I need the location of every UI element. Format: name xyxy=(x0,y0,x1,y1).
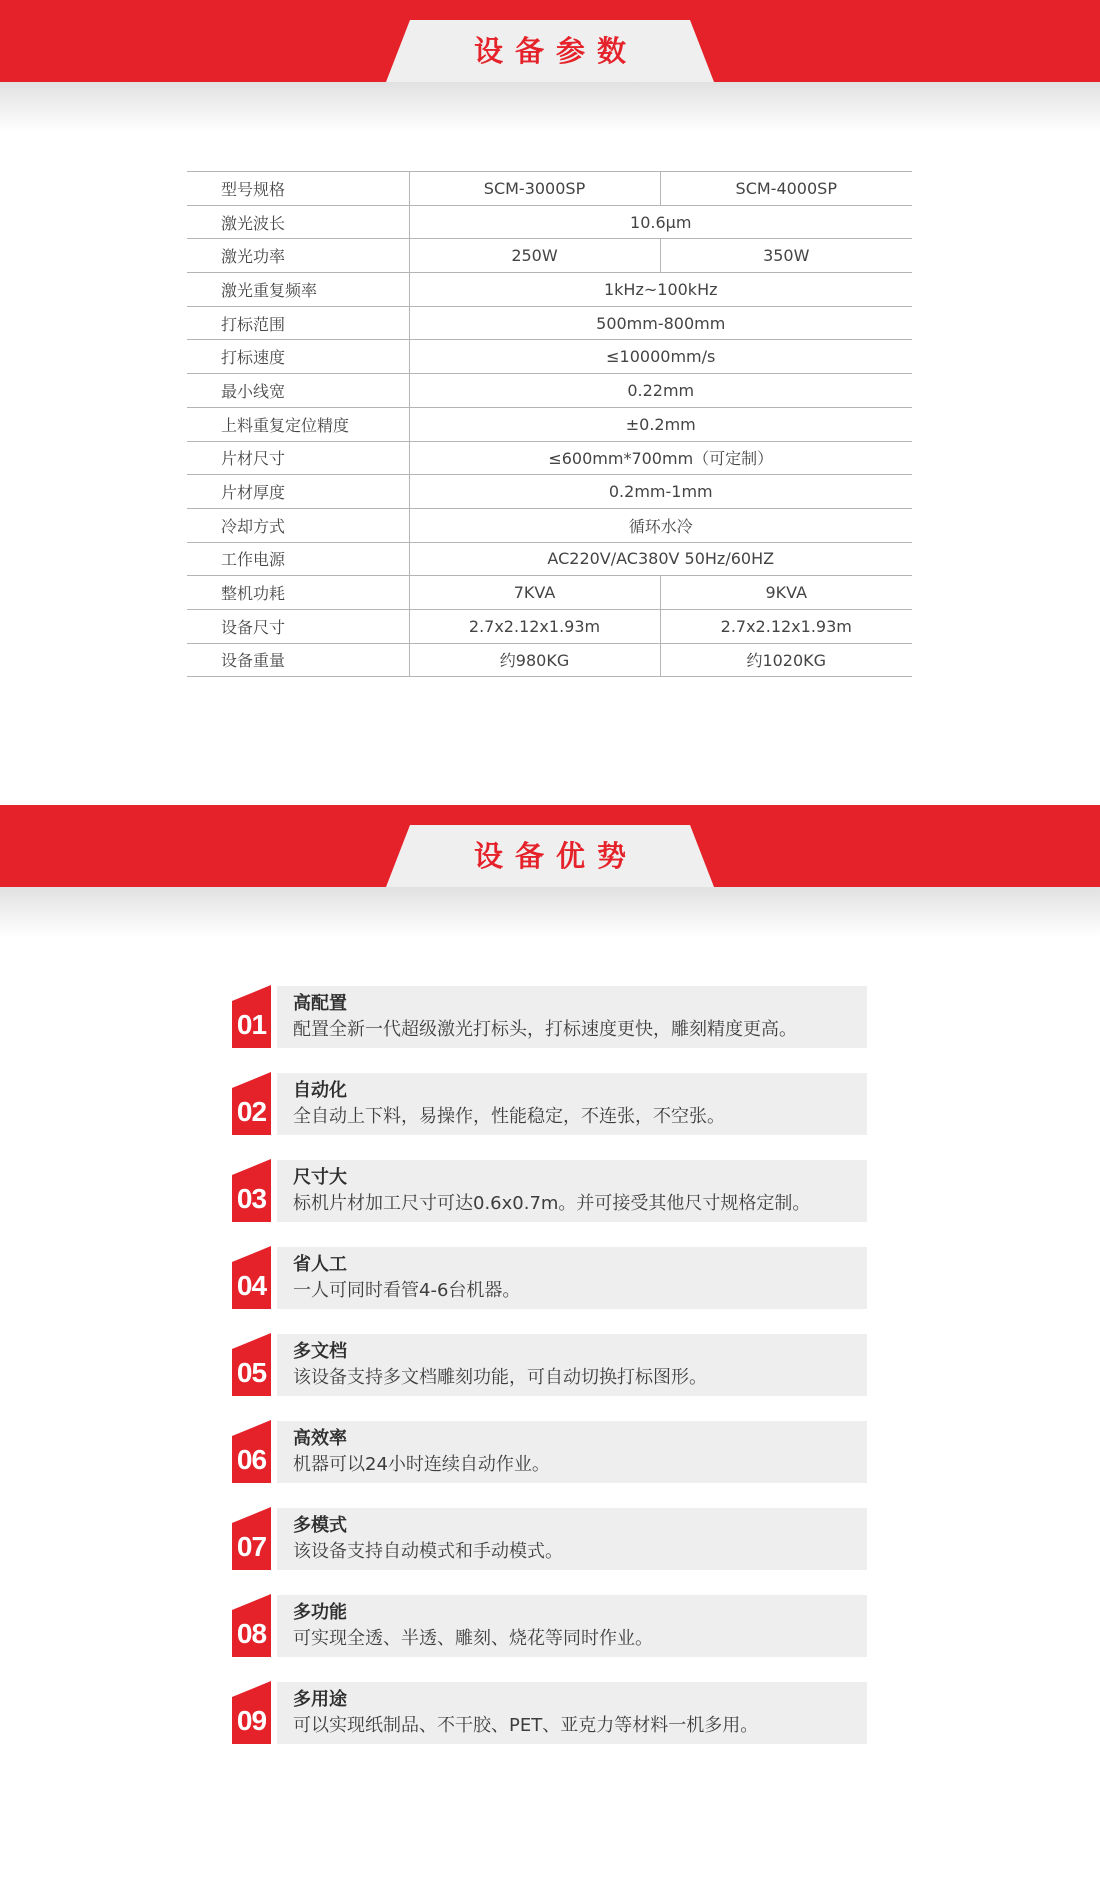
advantage-number: 05 xyxy=(232,1349,271,1396)
advantage-card: 高效率机器可以24小时连续自动作业。 xyxy=(277,1421,867,1483)
spec-label: 打标速度 xyxy=(187,340,409,374)
advantage-item: 03尺寸大标机片材加工尺寸可达0.6x0.7m。并可接受其他尺寸规格定制。 xyxy=(232,1159,872,1223)
section-banner-params: 设备参数 xyxy=(0,0,1100,127)
spec-value-shared: ≤600mm*700mm（可定制） xyxy=(409,441,912,475)
banner-shadow xyxy=(0,887,1100,937)
advantage-title: 高效率 xyxy=(293,1428,347,1450)
advantage-description: 标机片材加工尺寸可达0.6x0.7m。并可接受其他尺寸规格定制。 xyxy=(293,1192,810,1216)
spec-value-shared: 1kHz~100kHz xyxy=(409,273,912,307)
advantage-description: 该设备支持多文档雕刻功能，可自动切换打标图形。 xyxy=(293,1366,707,1390)
advantage-item: 09多用途可以实现纸制品、不干胶、PET、亚克力等材料一机多用。 xyxy=(232,1681,872,1745)
advantage-card: 多文档该设备支持多文档雕刻功能，可自动切换打标图形。 xyxy=(277,1334,867,1396)
table-row: 上料重复定位精度±0.2mm xyxy=(187,407,912,441)
spec-value-scm3000sp: SCM-3000SP xyxy=(409,172,660,206)
advantage-description: 全自动上下料，易操作，性能稳定，不连张，不空张。 xyxy=(293,1105,725,1129)
advantage-item: 08多功能可实现全透、半透、雕刻、烧花等同时作业。 xyxy=(232,1594,872,1658)
advantage-description: 机器可以24小时连续自动作业。 xyxy=(293,1453,550,1477)
spec-label: 激光功率 xyxy=(187,239,409,273)
spec-value-shared: 0.22mm xyxy=(409,374,912,408)
advantage-number: 07 xyxy=(232,1523,271,1570)
spec-label: 设备重量 xyxy=(187,643,409,677)
advantage-card: 自动化全自动上下料，易操作，性能稳定，不连张，不空张。 xyxy=(277,1073,867,1135)
table-row: 激光重复频率1kHz~100kHz xyxy=(187,273,912,307)
spec-value-scm3000sp: 250W xyxy=(409,239,660,273)
spec-value-scm3000sp: 约980KG xyxy=(409,643,660,677)
advantage-description: 该设备支持自动模式和手动模式。 xyxy=(293,1540,563,1564)
advantage-item: 06高效率机器可以24小时连续自动作业。 xyxy=(232,1420,872,1484)
spec-value-shared: 500mm-800mm xyxy=(409,306,912,340)
advantage-title: 自动化 xyxy=(293,1080,347,1102)
table-row: 激光波长10.6μm xyxy=(187,205,912,239)
table-row: 设备尺寸2.7x2.12x1.93m2.7x2.12x1.93m xyxy=(187,609,912,643)
spec-value-scm4000sp: 约1020KG xyxy=(660,643,912,677)
spec-value-scm4000sp: SCM-4000SP xyxy=(660,172,912,206)
spec-value-scm3000sp: 2.7x2.12x1.93m xyxy=(409,609,660,643)
spec-value-shared: ±0.2mm xyxy=(409,407,912,441)
advantage-card: 高配置配置全新一代超级激光打标头，打标速度更快，雕刻精度更高。 xyxy=(277,986,867,1048)
spec-value-shared: AC220V/AC380V 50Hz/60HZ xyxy=(409,542,912,576)
advantage-item: 05多文档该设备支持多文档雕刻功能，可自动切换打标图形。 xyxy=(232,1333,872,1397)
spec-value-shared: 循环水冷 xyxy=(409,508,912,542)
advantage-card: 多模式该设备支持自动模式和手动模式。 xyxy=(277,1508,867,1570)
section-title-advantages: 设备优势 xyxy=(386,825,714,887)
advantage-item: 02自动化全自动上下料，易操作，性能稳定，不连张，不空张。 xyxy=(232,1072,872,1136)
spec-label: 型号规格 xyxy=(187,172,409,206)
advantage-card: 省人工一人可同时看管4-6台机器。 xyxy=(277,1247,867,1309)
table-row: 工作电源AC220V/AC380V 50Hz/60HZ xyxy=(187,542,912,576)
spec-label: 上料重复定位精度 xyxy=(187,407,409,441)
advantage-item: 07多模式该设备支持自动模式和手动模式。 xyxy=(232,1507,872,1571)
advantage-title: 省人工 xyxy=(293,1254,347,1276)
table-row: 冷却方式循环水冷 xyxy=(187,508,912,542)
advantage-title: 多模式 xyxy=(293,1515,347,1537)
spec-value-scm3000sp: 7KVA xyxy=(409,576,660,610)
section-title-params: 设备参数 xyxy=(386,20,714,82)
table-row: 打标范围500mm-800mm xyxy=(187,306,912,340)
advantage-number: 04 xyxy=(232,1262,271,1309)
table-row: 打标速度≤10000mm/s xyxy=(187,340,912,374)
advantage-title: 多用途 xyxy=(293,1689,347,1711)
spec-label: 片材尺寸 xyxy=(187,441,409,475)
advantage-title: 多文档 xyxy=(293,1341,347,1363)
advantage-description: 配置全新一代超级激光打标头，打标速度更快，雕刻精度更高。 xyxy=(293,1018,797,1042)
table-row: 整机功耗7KVA9KVA xyxy=(187,576,912,610)
spec-value-scm4000sp: 350W xyxy=(660,239,912,273)
table-row: 激光功率250W350W xyxy=(187,239,912,273)
advantage-card: 多用途可以实现纸制品、不干胶、PET、亚克力等材料一机多用。 xyxy=(277,1682,867,1744)
spec-value-shared: 0.2mm-1mm xyxy=(409,475,912,509)
spec-label: 设备尺寸 xyxy=(187,609,409,643)
advantage-number: 06 xyxy=(232,1436,271,1483)
table-row: 最小线宽0.22mm xyxy=(187,374,912,408)
spec-label: 冷却方式 xyxy=(187,508,409,542)
spec-label: 激光波长 xyxy=(187,205,409,239)
advantage-title: 高配置 xyxy=(293,993,347,1015)
advantage-card: 多功能可实现全透、半透、雕刻、烧花等同时作业。 xyxy=(277,1595,867,1657)
spec-label: 打标范围 xyxy=(187,306,409,340)
section-banner-advantages: 设备优势 xyxy=(0,805,1100,932)
spec-value-shared: ≤10000mm/s xyxy=(409,340,912,374)
advantage-number: 03 xyxy=(232,1175,271,1222)
table-row: 型号规格SCM-3000SPSCM-4000SP xyxy=(187,172,912,206)
advantage-description: 可实现全透、半透、雕刻、烧花等同时作业。 xyxy=(293,1627,653,1651)
banner-shadow xyxy=(0,82,1100,132)
table-row: 设备重量约980KG约1020KG xyxy=(187,643,912,677)
spec-label: 整机功耗 xyxy=(187,576,409,610)
advantage-number: 08 xyxy=(232,1610,271,1657)
spec-label: 工作电源 xyxy=(187,542,409,576)
advantage-description: 可以实现纸制品、不干胶、PET、亚克力等材料一机多用。 xyxy=(293,1714,758,1738)
advantage-title: 多功能 xyxy=(293,1602,347,1624)
spec-label: 片材厚度 xyxy=(187,475,409,509)
advantage-description: 一人可同时看管4-6台机器。 xyxy=(293,1279,520,1303)
spec-value-shared: 10.6μm xyxy=(409,205,912,239)
table-row: 片材厚度0.2mm-1mm xyxy=(187,475,912,509)
advantage-title: 尺寸大 xyxy=(293,1167,347,1189)
advantage-item: 01高配置配置全新一代超级激光打标头，打标速度更快，雕刻精度更高。 xyxy=(232,985,872,1049)
advantage-card: 尺寸大标机片材加工尺寸可达0.6x0.7m。并可接受其他尺寸规格定制。 xyxy=(277,1160,867,1222)
advantage-item: 04省人工一人可同时看管4-6台机器。 xyxy=(232,1246,872,1310)
spec-label: 最小线宽 xyxy=(187,374,409,408)
table-row: 片材尺寸≤600mm*700mm（可定制） xyxy=(187,441,912,475)
spec-label: 激光重复频率 xyxy=(187,273,409,307)
spec-value-scm4000sp: 2.7x2.12x1.93m xyxy=(660,609,912,643)
advantage-number: 09 xyxy=(232,1697,271,1744)
spec-table: 型号规格SCM-3000SPSCM-4000SP激光波长10.6μm激光功率25… xyxy=(187,171,912,677)
spec-value-scm4000sp: 9KVA xyxy=(660,576,912,610)
advantage-number: 01 xyxy=(232,1001,271,1048)
advantage-number: 02 xyxy=(232,1088,271,1135)
